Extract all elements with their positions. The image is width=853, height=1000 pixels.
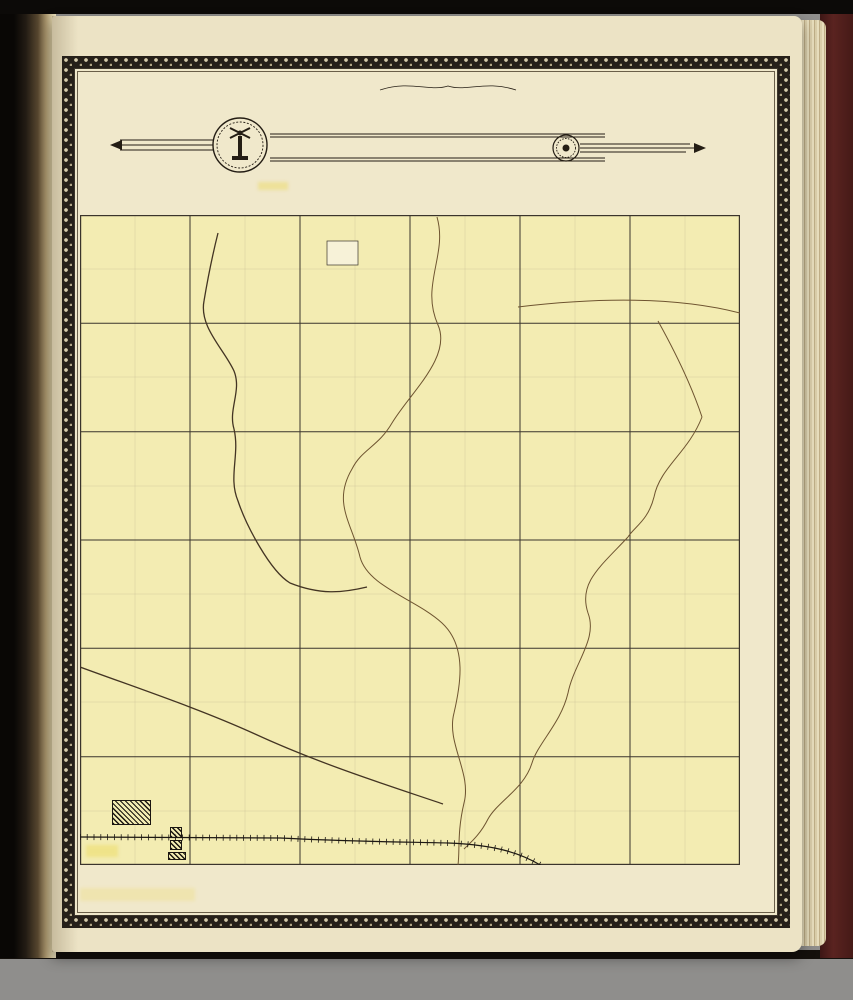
highlight-smudge	[80, 888, 195, 901]
highlight-smudge	[86, 845, 118, 857]
book-spine	[0, 0, 56, 958]
streams	[343, 217, 740, 865]
book-surface	[0, 950, 853, 1000]
book-cover-top	[0, 0, 853, 14]
title-ornament	[80, 78, 760, 213]
township-map	[80, 215, 740, 865]
highlight-smudge	[258, 182, 288, 190]
farnam-town-block	[112, 800, 151, 825]
farnam-outlot-block	[170, 827, 182, 838]
section-grid	[80, 215, 740, 865]
left-acreage-numbers	[79, 219, 88, 861]
farnam-outlot-block	[170, 840, 182, 850]
roads	[80, 233, 443, 804]
railroad	[80, 837, 569, 865]
us-govt-parcel-box	[327, 241, 358, 265]
farnam-outlot-block	[168, 852, 186, 860]
